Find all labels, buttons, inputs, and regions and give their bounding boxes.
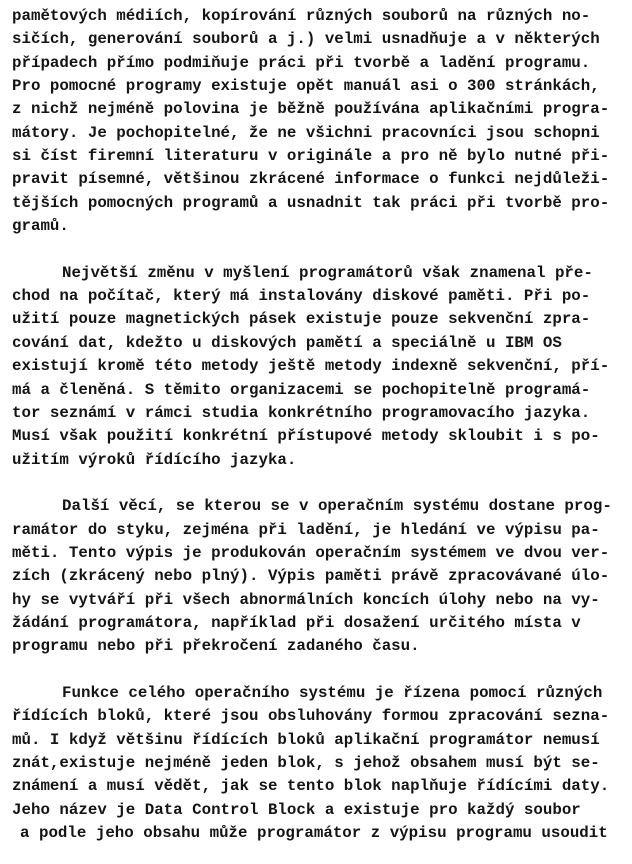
text-line: znát,existuje nejméně jeden blok, s jeho… (12, 752, 632, 775)
text-line: sičích, generování souborů a j.) velmi u… (12, 28, 632, 51)
text-line-indented: Funkce celého operačního systému je říze… (12, 682, 632, 705)
text-line: cování dat, kdežto u diskových pamětí a … (12, 332, 632, 355)
paragraph-3: Další věcí, se kterou se v operačním sys… (12, 495, 632, 658)
text-line: zích (zkrácený nebo plný). Výpis paměti … (12, 565, 632, 588)
text-line: Musí však použití konkrétní přístupové m… (12, 425, 632, 448)
text-line: má a členěná. S těmito organizacemi se p… (12, 379, 632, 402)
typewritten-page: pamětových médiích, kopírování různých s… (12, 5, 632, 864)
text-line: z nichž nejméně polovina je běžně použív… (12, 98, 632, 121)
text-line: hy se vytváří při všech abnormálních kon… (12, 589, 632, 612)
text-line: mů. I když většinu řídících bloků aplika… (12, 729, 632, 752)
text-line: známení a musí vědět, jak se tento blok … (12, 775, 632, 798)
text-line: tějších pomocných programů a usnadnit ta… (12, 192, 632, 215)
text-line: existují kromě této metody ještě metody … (12, 355, 632, 378)
text-line: užití pouze magnetických pásek existuje … (12, 308, 632, 331)
text-line: Pro pomocné programy existuje opět manuá… (12, 75, 632, 98)
text-line: pravit písemné, většinou zkrácené inform… (12, 168, 632, 191)
text-line: měti. Tento výpis je produkován operační… (12, 542, 632, 565)
paragraph-2: Největší změnu v myšlení programátorů vš… (12, 262, 632, 472)
paragraph-1: pamětových médiích, kopírování různých s… (12, 5, 632, 238)
text-line: mátory. Je pochopitelné, že ne všichni p… (12, 122, 632, 145)
text-line: Jeho název je Data Control Block a exist… (12, 799, 632, 822)
text-line-indented: Další věcí, se kterou se v operačním sys… (12, 495, 632, 518)
text-line: případech přímo podmiňuje práci při tvor… (12, 52, 632, 75)
paragraph-4: Funkce celého operačního systému je říze… (12, 682, 632, 845)
text-line: gramů. (12, 215, 632, 238)
text-line: programu nebo při překročení zadaného ča… (12, 635, 632, 658)
text-line: pamětových médiích, kopírování různých s… (12, 5, 632, 28)
text-line: ramátor do styku, zejména při ladění, je… (12, 519, 632, 542)
text-line: žádání programátora, například při dosaž… (12, 612, 632, 635)
text-line-indented: Největší změnu v myšlení programátorů vš… (12, 262, 632, 285)
text-line: chod na počítač, který má instalovány di… (12, 285, 632, 308)
text-line: užitím výroků řídícího jazyka. (12, 449, 632, 472)
text-line: si číst firemní literaturu v originále a… (12, 145, 632, 168)
text-line: tor seznámí v rámci studia konkrétního p… (12, 402, 632, 425)
text-line: a podle jeho obsahu může programátor z v… (12, 822, 632, 845)
text-line: řídících bloků, které jsou obsluhovány f… (12, 705, 632, 728)
